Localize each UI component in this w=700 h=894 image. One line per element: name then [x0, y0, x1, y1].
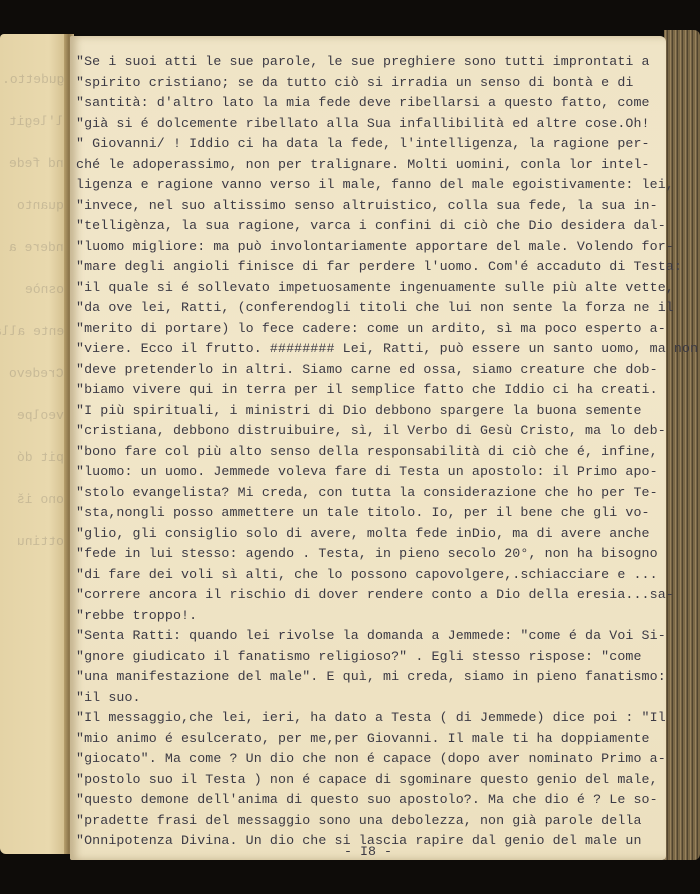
ghost-line: ente alla [0, 324, 64, 339]
text-line: "mio animo é esulcerato, per me,per Giov… [76, 729, 661, 750]
text-line: "di fare dei voli sì alti, che lo posson… [76, 565, 661, 586]
text-line: "biamo vivere qui in terra per il sempli… [76, 380, 661, 401]
text-line: "una manifestazione del male". E quì, mi… [76, 667, 661, 688]
text-line: "gnore giudicato il fanatismo religioso?… [76, 647, 661, 668]
text-line: "pradette frasi del messaggio sono una d… [76, 811, 661, 832]
text-line: ligenza e ragione vanno verso il male, f… [76, 175, 661, 196]
text-line: "glio, gli consiglio solo di avere, molt… [76, 524, 661, 545]
ghost-line: ono iš [17, 492, 64, 507]
ghost-line: gudetto. [2, 72, 64, 87]
text-line: "deve pretenderlo in altri. Siamo carne … [76, 360, 661, 381]
ghost-line: ottinu [17, 534, 64, 549]
text-line: "telligènza, la sua ragione, varca i con… [76, 216, 661, 237]
typewritten-page: "Se i suoi atti le sue parole, le sue pr… [70, 36, 666, 860]
ghost-line: pit dó [17, 450, 64, 465]
ghost-line: quanto [17, 198, 64, 213]
text-line: "Senta Ratti: quando lei rivolse la doma… [76, 626, 661, 647]
text-line: "invece, nel suo altissimo senso altruis… [76, 196, 661, 217]
text-line: " Giovanni/ ! Iddio ci ha data la fede, … [76, 134, 661, 155]
ghost-line: l'legit [9, 114, 64, 129]
ghost-line: veolpe [17, 408, 64, 423]
text-line: "bono fare col più alto senso della resp… [76, 442, 661, 463]
page-number: - I8 - [70, 844, 666, 859]
page-body: "Se i suoi atti le sue parole, le sue pr… [76, 52, 661, 852]
text-line: "santità: d'altro lato la mia fede deve … [76, 93, 661, 114]
text-line: "luomo migliore: ma può involontariament… [76, 237, 661, 258]
ghost-line: osnòe [25, 282, 64, 297]
bleed-through-text: gudetto. l'legit nd fede quanto ndere a … [0, 34, 70, 854]
ghost-line: Credevo [9, 366, 64, 381]
text-line: "fede in lui stesso: agendo . Testa, in … [76, 544, 661, 565]
text-line: "stolo evangelista? Mi creda, con tutta … [76, 483, 661, 504]
text-line: "già si é dolcemente ribellato alla Sua … [76, 114, 661, 135]
text-line: "sta,nongli posso ammettere un tale tito… [76, 503, 661, 524]
text-line: "rebbe troppo!. [76, 606, 661, 627]
text-line: "questo demone dell'anima di questo suo … [76, 790, 661, 811]
text-line: "merito di portare) lo fece cadere: come… [76, 319, 661, 340]
text-line: "correre ancora il rischio di dover rend… [76, 585, 661, 606]
text-line: ché le adoperassimo, non per tralignare.… [76, 155, 661, 176]
text-line: "postolo suo il Testa ) non é capace di … [76, 770, 661, 791]
text-line: "il suo. [76, 688, 661, 709]
ghost-line: nd fede [9, 156, 64, 171]
text-line: "I più spirituali, i ministri di Dio deb… [76, 401, 661, 422]
facing-page: gudetto. l'legit nd fede quanto ndere a … [0, 34, 70, 854]
text-line: "viere. Ecco il frutto. ######## Lei, Ra… [76, 339, 661, 360]
text-line: "da ove lei, Ratti, (conferendogli titol… [76, 298, 661, 319]
text-line: "giocato". Ma come ? Un dio che non é ca… [76, 749, 661, 770]
text-line: "il quale si é sollevato impetuosamente … [76, 278, 661, 299]
text-line: "cristiana, debbono distruibuire, sì, il… [76, 421, 661, 442]
text-line: "Il messaggio,che lei, ieri, ha dato a T… [76, 708, 661, 729]
page-edges [664, 30, 700, 860]
text-line: "Se i suoi atti le sue parole, le sue pr… [76, 52, 661, 73]
text-line: "mare degli angioli finisce di far perde… [76, 257, 661, 278]
text-line: "luomo: un uomo. Jemmede voleva fare di … [76, 462, 661, 483]
text-line: "spirito cristiano; se da tutto ciò si i… [76, 73, 661, 94]
ghost-line: ndere a [9, 240, 64, 255]
